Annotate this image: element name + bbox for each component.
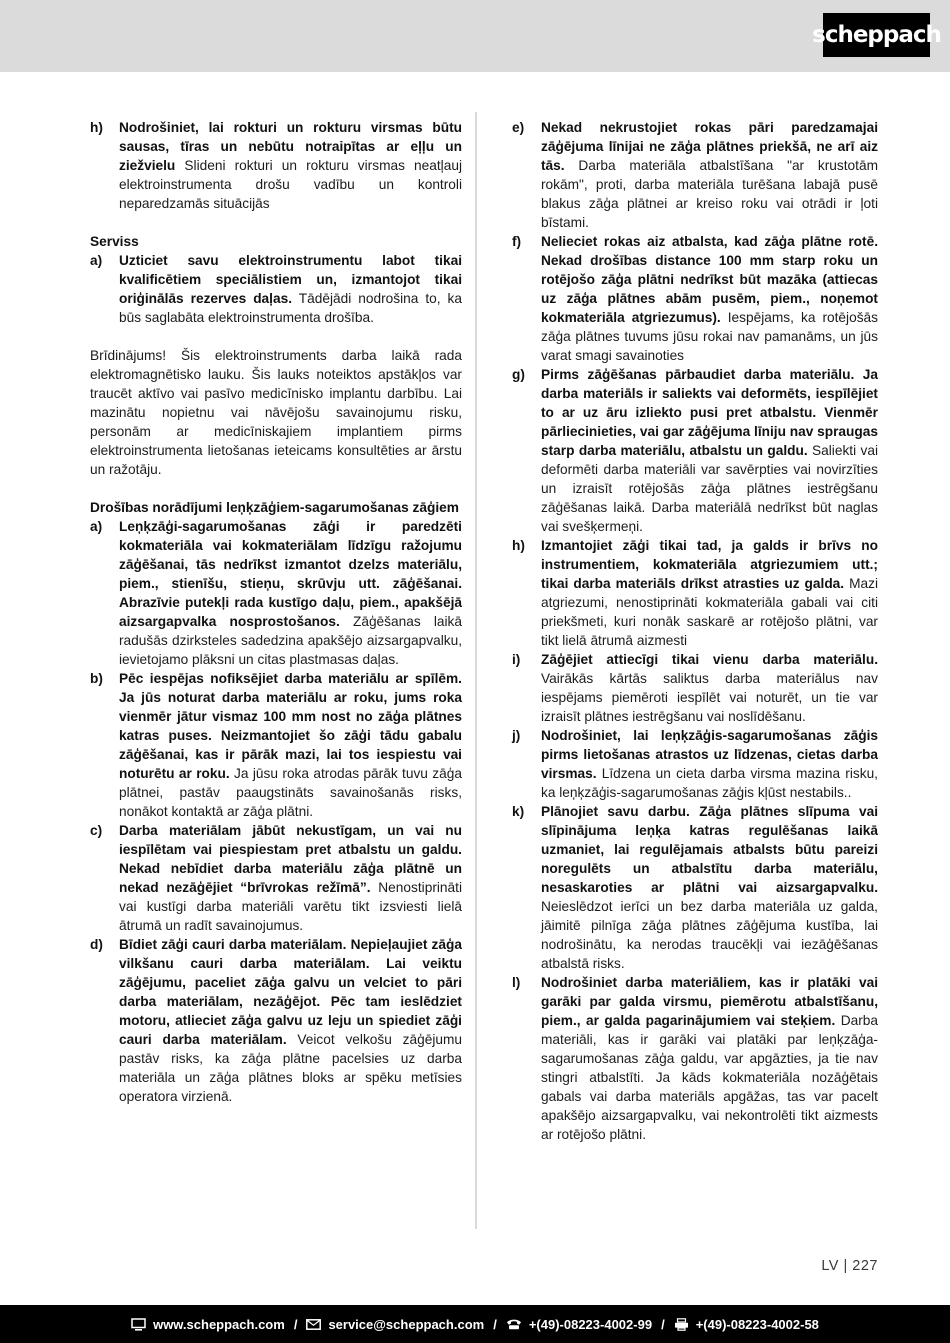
list-item-label: b) (90, 669, 119, 821)
list-item-label: i) (512, 650, 541, 726)
list-item-text: Plānojiet savu darbu. Zāģa plātnes slīpu… (541, 802, 878, 973)
page-number: LV | 227 (821, 1258, 878, 1274)
list-item-h: h)Nodrošiniet, lai rokturi un rokturu vi… (90, 118, 462, 213)
footer-separator: / (659, 1317, 667, 1332)
list-item-text: Uzticiet savu elektroinstrumentu labot t… (119, 251, 462, 327)
list-item-label: d) (90, 935, 119, 1106)
list-item-k: k)Plānojiet savu darbu. Zāģa plātnes slī… (512, 802, 878, 973)
list-item-e: e)Nekad nekrustojiet rokas pāri paredzam… (512, 118, 878, 232)
list-item-text: Leņķzāģi-sagarumošanas zāģi ir paredzēti… (119, 517, 462, 669)
list-item-text: Bīdiet zāģi cauri darba materiālam. Nepi… (119, 935, 462, 1106)
page-header-bar: scheppach (0, 0, 950, 72)
list-item-text: Zāģējiet attiecīgi tikai vienu darba mat… (541, 650, 878, 726)
list-item-text: Pirms zāģēšanas pārbaudiet darba materiā… (541, 365, 878, 536)
list-item-label: f) (512, 232, 541, 365)
list-item-text: Pēc iespējas nofiksējiet darba materiālu… (119, 669, 462, 821)
footer-email: service@scheppach.com (328, 1317, 484, 1332)
list-item-label: g) (512, 365, 541, 536)
list-item-text: Izmantojiet zāģi tikai tad, ja galds ir … (541, 536, 878, 650)
list-item-label: e) (512, 118, 541, 232)
email-icon (306, 1319, 321, 1330)
paragraph: Brīdinājums! Šis elektroinstruments darb… (90, 346, 462, 479)
fax-icon (674, 1318, 689, 1331)
footer-bar: www.scheppach.com / service@scheppach.co… (0, 1305, 950, 1343)
list-item-b: b)Pēc iespējas nofiksējiet darba materiā… (90, 669, 462, 821)
section-heading: Serviss (90, 232, 462, 251)
phone-icon (506, 1318, 522, 1330)
list-item-text: Nekad nekrustojiet rokas pāri paredzamaj… (541, 118, 878, 232)
list-item-label: a) (90, 251, 119, 327)
list-item-text: Nodrošiniet, lai leņķzāģis-sagarumošanas… (541, 726, 878, 802)
list-item-h: h)Izmantojiet zāģi tikai tad, ja galds i… (512, 536, 878, 650)
list-item-d: d)Bīdiet zāģi cauri darba materiālam. Ne… (90, 935, 462, 1106)
list-item-label: h) (512, 536, 541, 650)
right-column: e)Nekad nekrustojiet rokas pāri paredzam… (512, 118, 878, 1144)
footer-separator: / (491, 1317, 499, 1332)
list-item-label: a) (90, 517, 119, 669)
list-item-label: c) (90, 821, 119, 935)
list-item-a: a)Uzticiet savu elektroinstrumentu labot… (90, 251, 462, 327)
section-heading: Drošības norādījumi leņķzāģiem-sagarumoš… (90, 498, 462, 517)
manual-page: scheppach h)Nodrošiniet, lai rokturi un … (0, 0, 950, 1343)
list-item-label: k) (512, 802, 541, 973)
list-item-f: f)Nelieciet rokas aiz atbalsta, kad zāģa… (512, 232, 878, 365)
list-item-g: g)Pirms zāģēšanas pārbaudiet darba mater… (512, 365, 878, 536)
list-item-l: l)Nodrošiniet darba materiāliem, kas ir … (512, 973, 878, 1144)
scheppach-logo: scheppach (823, 13, 930, 57)
footer-separator: / (292, 1317, 300, 1332)
list-item-i: i)Zāģējiet attiecīgi tikai vienu darba m… (512, 650, 878, 726)
left-column: h)Nodrošiniet, lai rokturi un rokturu vi… (90, 118, 462, 1106)
footer-website: www.scheppach.com (153, 1317, 285, 1332)
column-divider (475, 112, 477, 1229)
list-item-text: Nodrošiniet, lai rokturi un rokturu virs… (119, 118, 462, 213)
list-item-text: Darba materiālam jābūt nekustīgam, un va… (119, 821, 462, 935)
footer-phone: +(49)-08223-4002-99 (529, 1317, 652, 1332)
list-item-label: l) (512, 973, 541, 1144)
list-item-a: a)Leņķzāģi-sagarumošanas zāģi ir paredzē… (90, 517, 462, 669)
list-item-label: h) (90, 118, 119, 213)
list-item-j: j)Nodrošiniet, lai leņķzāģis-sagarumošan… (512, 726, 878, 802)
list-item-c: c)Darba materiālam jābūt nekustīgam, un … (90, 821, 462, 935)
list-item-label: j) (512, 726, 541, 802)
footer-fax: +(49)-08223-4002-58 (696, 1317, 819, 1332)
list-item-text: Nelieciet rokas aiz atbalsta, kad zāģa p… (541, 232, 878, 365)
list-item-text: Nodrošiniet darba materiāliem, kas ir pl… (541, 973, 878, 1144)
computer-icon (131, 1318, 146, 1331)
